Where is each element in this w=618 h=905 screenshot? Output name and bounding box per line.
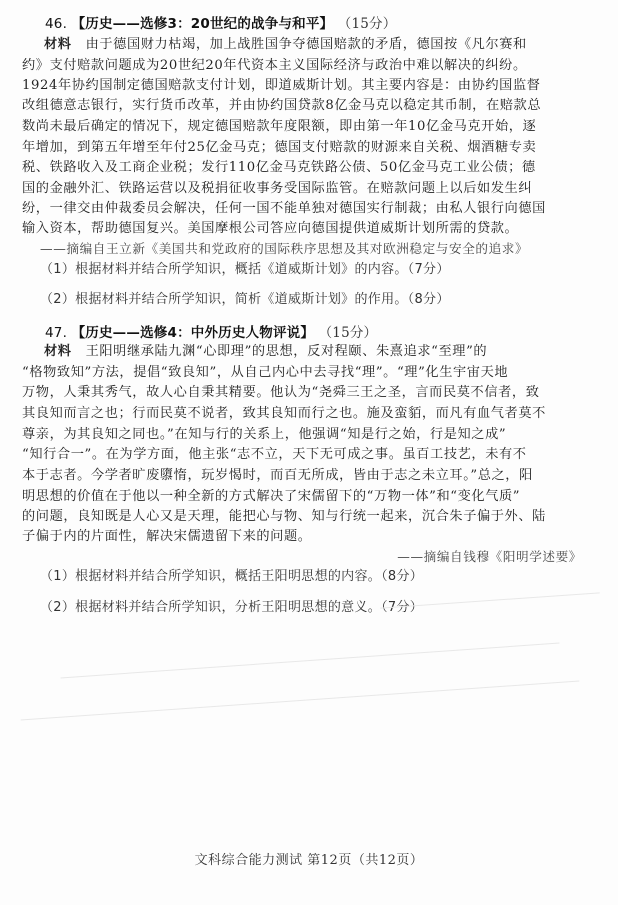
material-line: 明思想的价值在于他以一种全新的方式解决了宋儒留下的“万物一体”和“变化气质” [22,488,584,506]
material-line: 改组德意志银行，实行货币改革，并由协约国贷款8亿金马克以稳定其币制，在赔款总 [22,97,584,115]
question-46-title: 46. 【历史——选修3：20世纪的战争与和平】 （15分） [45,15,607,33]
exam-page: 46. 【历史——选修3：20世纪的战争与和平】 （15分） 材料由于德国财力枯… [0,0,618,905]
material-line: 1924年协约国制定德国赔款支付计划，即道威斯计划。其主要内容是：由协约国监督 [22,77,584,95]
sub-question-1: （1）根据材料并结合所学知识，概括《道威斯计划》的内容。（7分） [40,261,602,279]
material-line: “知行合一”。在为学方面，他主张“志不立，天下无可成之事。虽百工技艺，未有不 [22,446,584,464]
material-source: ——摘编自钱穆《阳明学述要》 [397,548,582,566]
question-heading: 【历史——选修3：20世纪的战争与和平】 [72,16,334,32]
material-line: 材料由于德国财力枯竭，加上战胜国争夺德国赔款的矛盾，德国按《凡尔赛和 [44,36,606,54]
question-number: 46. [45,16,67,32]
material-line: 子偏于内的片面性，解决宋儒遗留下来的问题。 [22,528,584,546]
question-number: 47. [45,325,67,341]
material-line: 国的金融外汇、铁路运营以及税捐征收事务受国际监管。在赔款问题上以后如发生纠 [22,180,584,198]
material-text: 由于德国财力枯竭，加上战胜国争夺德国赔款的矛盾，德国按《凡尔赛和 [86,37,527,52]
material-text: 王阳明继承陆九渊“心即理”的思想，反对程颐、朱熹追求“至理”的 [86,344,488,359]
material-line: “格物致知”方法，提倡“致良知”，从自己内心中去寻找“理”。“理”化生宇宙天地 [22,364,584,382]
sub-question-2: （2）根据材料并结合所学知识，分析王阳明思想的意义。（7分） [40,599,602,617]
scan-smudge [21,680,580,720]
material-line: 约》支付赔款问题成为20世纪20年代资本主义国际经济与政治中难以解决的纠纷。 [22,57,584,75]
question-score: （15分） [319,325,378,341]
material-line: 其良知而言之也；行而民莫不说者，致其良知而行之也。施及蛮貊，而凡有血气者莫不 [22,405,584,423]
material-line: 万物，人秉其秀气，故人心自秉其精要。他认为“尧舜三王之圣，言而民莫不信者，致 [22,384,584,402]
material-label: 材料 [44,344,72,359]
material-line: 纷，一律交由仲裁委员会解决，任何一国不能单独对德国实行制裁；由私人银行向德国 [22,200,584,218]
material-line: 税、铁路收入及工商企业税；发行110亿金马克铁路公债、50亿金马克工业公债；德 [22,159,584,177]
material-line: 材料王阳明继承陆九渊“心即理”的思想，反对程颐、朱熹追求“至理”的 [44,343,606,361]
question-score: （15分） [338,16,397,32]
scan-smudge [61,643,560,679]
material-line: 年增加，到第五年增至年付25亿金马克；德国支付赔款的财源来自关税、烟酒糖专卖 [22,139,584,157]
material-line: 输入资本，帮助德国复兴。美国摩根公司答应向德国提供道威斯计划所需的贷款。 [22,220,584,238]
material-line: 的问题，良知既是人心又是天理，能把心与物、知与行统一起来，沉合朱子偏于外、陆 [22,508,584,526]
question-heading: 【历史——选修4：中外历史人物评说】 [72,325,315,341]
material-source: ——摘编自王立新《美国共和党政府的国际秩序思想及其对欧洲稳定与安全的追求》 [40,240,602,258]
question-47-title: 47. 【历史——选修4：中外历史人物评说】 （15分） [45,324,607,342]
material-label: 材料 [44,37,72,52]
sub-question-2: （2）根据材料并结合所学知识，简析《道威斯计划》的作用。（8分） [40,291,602,309]
material-line: 数尚未最后确定的情况下，规定德国赔款年度限额，即由第一年10亿金马克开始，逐 [22,118,584,136]
sub-question-1: （1）根据材料并结合所学知识，概括王阳明思想的内容。（8分） [40,568,602,586]
material-line: 本于志者。今学者旷废隳惰，玩岁愒时，而百无所成，皆由于志之未立耳。”总之，阳 [22,467,584,485]
material-line: 尊亲，为其良知之同也。”在知与行的关系上，他强调“知是行之始，行是知之成” [22,426,584,444]
page-footer: 文科综合能力测试 第12页（共12页） [0,849,618,868]
